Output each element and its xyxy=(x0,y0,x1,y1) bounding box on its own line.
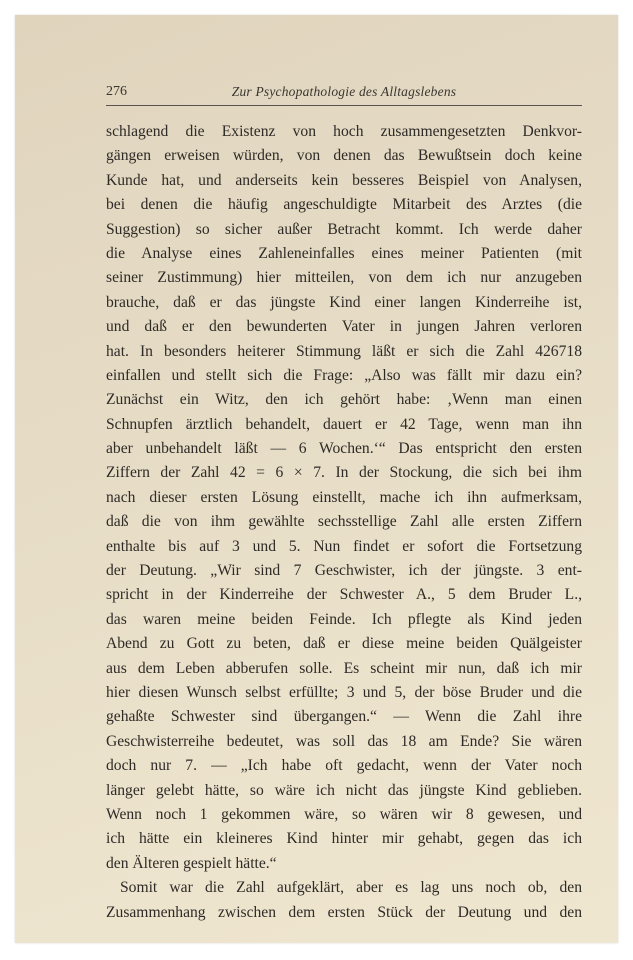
text-line: gehaßte Schwester sind übergangen.“ — We… xyxy=(106,705,582,729)
text-line: Zunächst ein Witz, den ich gehört habe: … xyxy=(106,388,582,412)
text-line: Ziffern der Zahl 42 = 6 × 7. In der Stoc… xyxy=(106,461,582,485)
text-line: schlagend die Existenz von hoch zusammen… xyxy=(106,120,582,144)
text-line: länger gelebt hätte, so wäre ich nicht d… xyxy=(106,779,582,803)
text-line: doch nur 7. — „Ich habe oft gedacht, wen… xyxy=(106,754,582,778)
text-line: Kunde hat, und anderseits kein besseres … xyxy=(106,169,582,193)
text-line: ich hätte ein kleineres Kind hinter mir … xyxy=(106,827,582,851)
text-line: Suggestion) so sicher außer Betracht kom… xyxy=(106,218,582,242)
text-line: Schnupfen ärztlich behandelt, dauert er … xyxy=(106,413,582,437)
page-header: 276 Zur Psychopathologie des Alltagslebe… xyxy=(106,84,582,104)
text-line: den Älteren gespielt hätte.“ xyxy=(106,852,582,876)
text-line: nach dieser ersten Lösung einstellt, mac… xyxy=(106,486,582,510)
text-line: das waren meine beiden Feinde. Ich pfleg… xyxy=(106,608,582,632)
text-line: hat. In besonders heiterer Stimmung läßt… xyxy=(106,340,582,364)
header-rule xyxy=(106,105,582,106)
text-line: enthalte bis auf 3 und 5. Nun findet er … xyxy=(106,535,582,559)
text-line: hier diesen Wunsch selbst erfüllte; 3 un… xyxy=(106,681,582,705)
running-title: Zur Psychopathologie des Alltagslebens xyxy=(106,84,582,100)
text-line: Geschwisterreihe bedeutet, was soll das … xyxy=(106,730,582,754)
text-line: und daß er den bewunderten Vater in jung… xyxy=(106,315,582,339)
text-line: daß die von ihm gewählte sechsstellige Z… xyxy=(106,510,582,534)
text-line: aus dem Leben abberufen solle. Es schein… xyxy=(106,657,582,681)
text-line: einfallen und stellt sich die Frage: „Al… xyxy=(106,364,582,388)
text-line: brauche, daß er das jüngste Kind einer l… xyxy=(106,291,582,315)
text-line: Wenn noch 1 gekommen wäre, so wären wir … xyxy=(106,803,582,827)
text-line: die Analyse eines Zahleneinfalles eines … xyxy=(106,242,582,266)
book-page: 276 Zur Psychopathologie des Alltagslebe… xyxy=(15,15,618,943)
text-line: der Deutung. „Wir sind 7 Geschwister, ic… xyxy=(106,559,582,583)
text-line: Zusammenhang zwischen dem ersten Stück d… xyxy=(106,901,582,925)
text-line: seiner Zustimmung) hier mitteilen, von d… xyxy=(106,266,582,290)
body-text: schlagend die Existenz von hoch zusammen… xyxy=(106,120,582,925)
paragraph-start-line: Somit war die Zahl aufgeklärt, aber es l… xyxy=(106,876,582,900)
text-line: Abend zu Gott zu beten, daß er diese mei… xyxy=(106,632,582,656)
text-line: aber unbehandelt läßt — 6 Wochen.‘“ Das … xyxy=(106,437,582,461)
text-line: gängen erweisen würden, von denen das Be… xyxy=(106,144,582,168)
text-line: spricht in der Kinderreihe der Schwester… xyxy=(106,583,582,607)
text-line: bei denen die häufig angeschuldigte Mita… xyxy=(106,193,582,217)
